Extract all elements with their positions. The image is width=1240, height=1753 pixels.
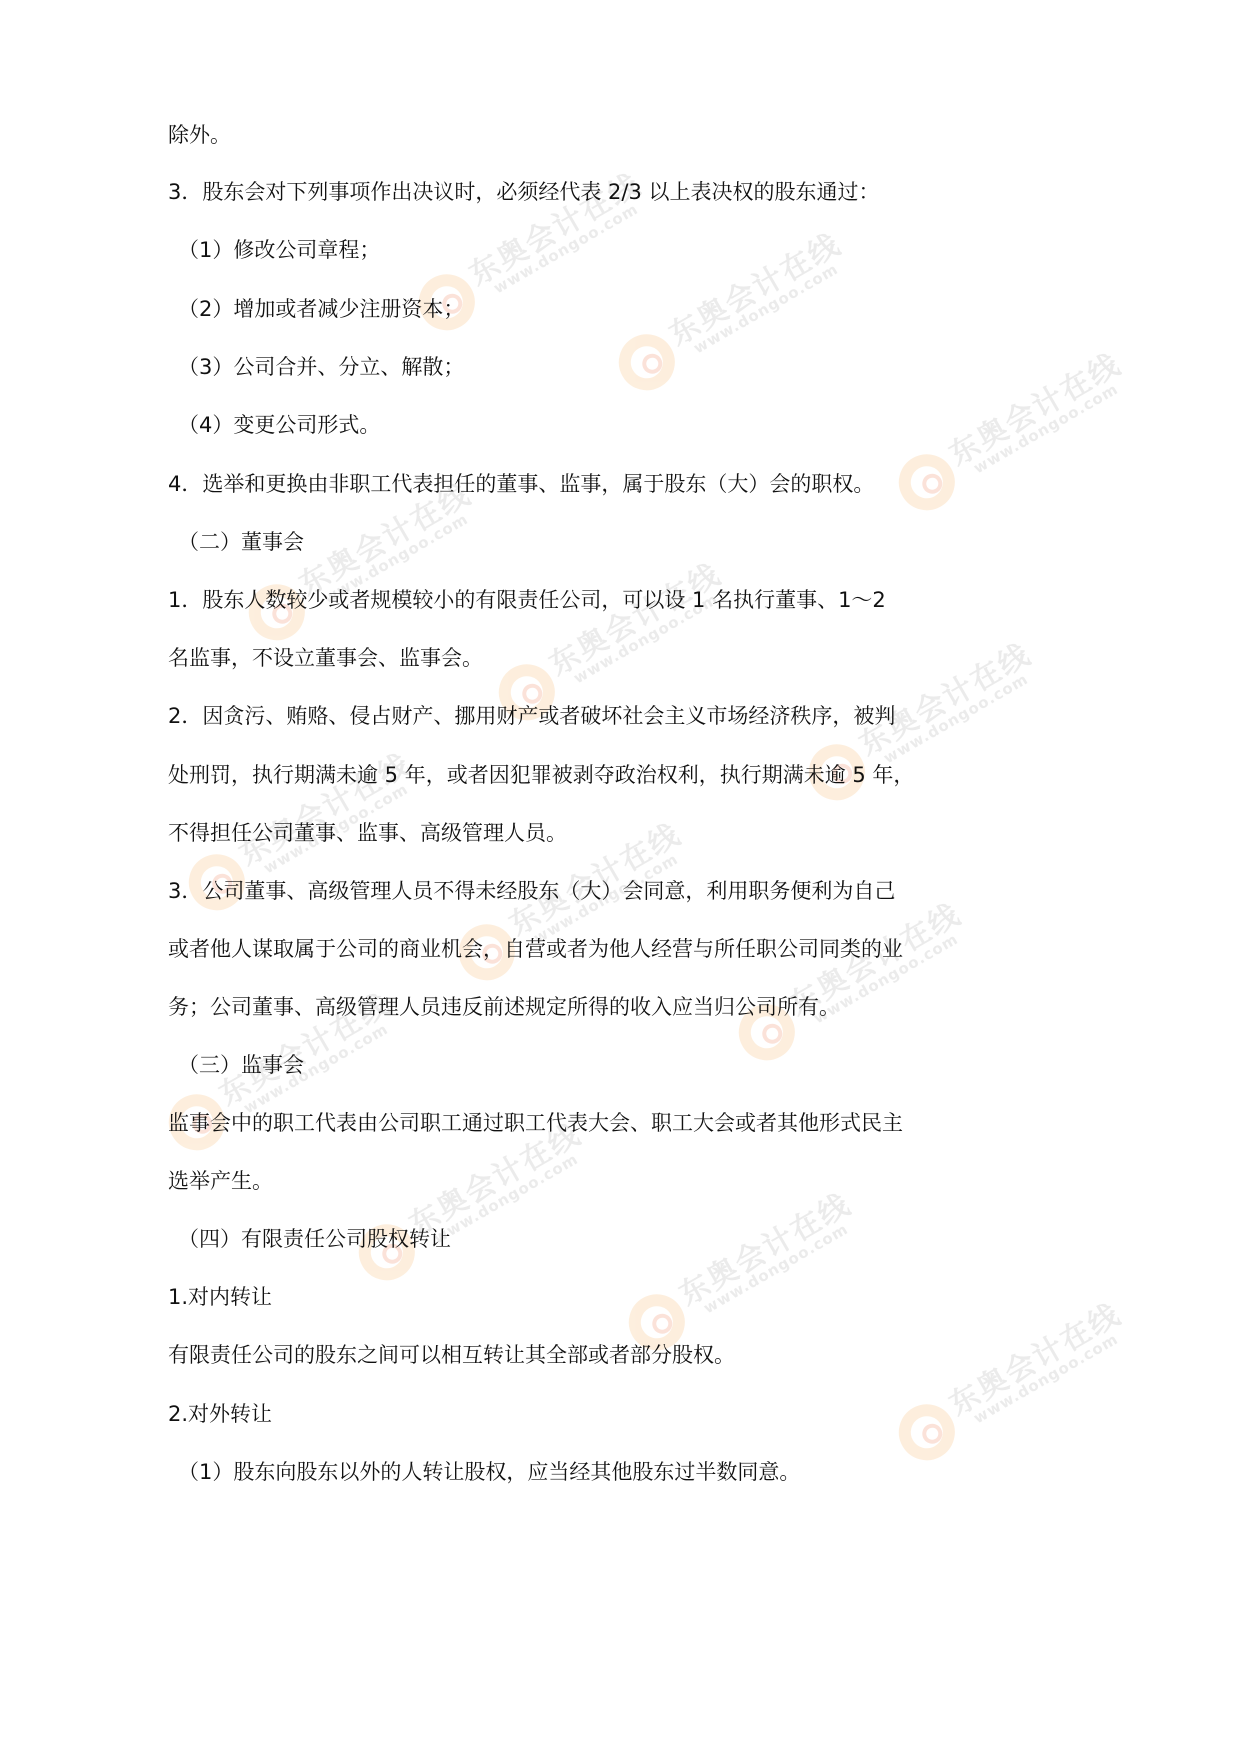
list-item: （4）变更公司形式。 [178,410,380,440]
paragraph-line: 3．公司董事、高级管理人员不得未经股东（大）会同意，利用职务便利为自己 [168,876,895,906]
watermark-logo-icon [609,324,685,400]
watermark-url: www.dongoo.com [490,200,641,298]
paragraph-line: 3．股东会对下列事项作出决议时，必须经代表 2/3 以上表决权的股东通过： [168,177,880,207]
paragraph-line: 2．因贪污、贿赂、侵占财产、挪用财产或者破坏社会主义市场经济秩序，被判 [168,701,895,731]
document-page: 东奥会计在线 www.dongoo.com 东奥会计在线 www.dongoo.… [0,0,1240,1753]
paragraph-line: 处刑罚，执行期满未逾 5 年，或者因犯罪被剥夺政治权利，执行期满未逾 5 年， [168,760,914,790]
section-heading: （二）董事会 [178,527,304,557]
paragraph-line: 监事会中的职工代表由公司职工通过职工代表大会、职工大会或者其他形式民主 [168,1108,903,1138]
watermark: 东奥会计在线 www.dongoo.com [589,197,852,412]
watermark-brand: 东奥会计在线 [659,220,847,354]
subsection-heading: 1.对内转让 [168,1282,272,1312]
section-heading: （四）有限责任公司股权转让 [178,1224,451,1254]
watermark-url: www.dongoo.com [690,260,841,358]
paragraph-line: 不得担任公司董事、监事、高级管理人员。 [168,818,567,848]
watermark-brand: 东奥会计在线 [939,340,1127,474]
watermark-url: www.dongoo.com [880,670,1031,768]
watermark-brand: 东奥会计在线 [539,550,727,684]
paragraph-line: 选举产生。 [168,1166,273,1196]
watermark-url: www.dongoo.com [970,1330,1121,1428]
paragraph-line: 有限责任公司的股东之间可以相互转让其全部或者部分股权。 [168,1340,735,1370]
paragraph-line: 或者他人谋取属于公司的商业机会，自营或者为他人经营与所任职公司同类的业 [168,934,903,964]
section-heading: （三）监事会 [178,1050,304,1080]
watermark-logo-icon [889,444,965,520]
watermark: 东奥会计在线 www.dongoo.com [869,1267,1132,1482]
subsection-heading: 2.对外转让 [168,1399,272,1429]
list-item: （1）修改公司章程； [178,235,380,265]
watermark: 东奥会计在线 www.dongoo.com [869,317,1132,532]
watermark-brand: 东奥会计在线 [939,1290,1127,1424]
paragraph-line: 务；公司董事、高级管理人员违反前述规定所得的收入应当归公司所有。 [168,992,840,1022]
watermark-url: www.dongoo.com [700,1220,851,1318]
paragraph-line: 名监事，不设立董事会、监事会。 [168,643,483,673]
watermark-brand: 东奥会计在线 [669,1180,857,1314]
watermark-url: www.dongoo.com [430,1150,581,1248]
list-item: （3）公司合并、分立、解散； [178,352,464,382]
watermark-brand: 东奥会计在线 [849,630,1037,764]
paragraph-line: 除外。 [168,120,231,150]
list-item: （2）增加或者减少注册资本； [178,294,464,324]
watermark-logo-icon [889,1394,965,1470]
watermark-url: www.dongoo.com [970,380,1121,478]
paragraph-line: 4．选举和更换由非职工代表担任的董事、监事，属于股东（大）会的职权。 [168,469,874,499]
paragraph-line: 1．股东人数较少或者规模较小的有限责任公司，可以设 1 名执行董事、1～2 [168,585,886,615]
list-item: （1）股东向股东以外的人转让股权，应当经其他股东过半数同意。 [178,1457,800,1487]
